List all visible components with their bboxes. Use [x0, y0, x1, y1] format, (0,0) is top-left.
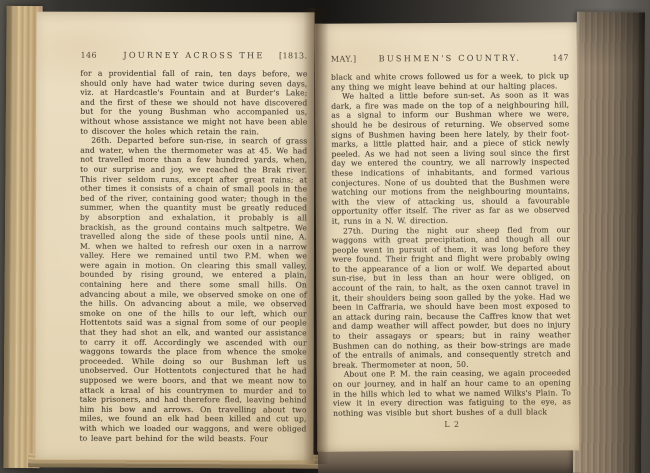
paragraph: About one P. M. the rain ceasing, we aga… [333, 369, 571, 418]
right-running-title: BUSHMEN'S COUNTRY. [365, 52, 535, 63]
right-page-header: MAY.] BUSHMEN'S COUNTRY. 147 [331, 52, 569, 63]
right-page-number: 147 [535, 53, 569, 62]
right-page: MAY.] BUSHMEN'S COUNTRY. 147 black and w… [315, 22, 580, 452]
right-month-note: MAY.] [331, 54, 365, 63]
signature-mark: L 2 [333, 420, 571, 430]
right-fore-edge [573, 12, 645, 473]
paragraph: We halted a little before sun-set. As so… [331, 90, 570, 226]
left-page-header: 146 JOURNEY ACROSS THE [1813. [80, 50, 307, 61]
left-running-title: JOURNEY ACROSS THE [114, 50, 273, 60]
right-page-text: black and white crows followed us for a … [331, 71, 571, 418]
left-year-note: [1813. [273, 51, 307, 60]
paragraph: for a providential fall of rain, ten day… [80, 69, 307, 137]
paragraph: 26th. Departed before sun-rise, in searc… [79, 136, 307, 444]
paragraph: black and white crows followed us for a … [331, 71, 569, 92]
book-photograph: 146 JOURNEY ACROSS THE [1813. for a prov… [0, 0, 650, 473]
paragraph: 27th. During the night our sheep fled fr… [332, 225, 571, 370]
bottom-right-edges [318, 448, 580, 473]
left-page: 146 JOURNEY ACROSS THE [1813. for a prov… [35, 12, 314, 461]
left-page-text: for a providential fall of rain, ten day… [79, 69, 307, 444]
left-page-number: 146 [80, 51, 114, 60]
